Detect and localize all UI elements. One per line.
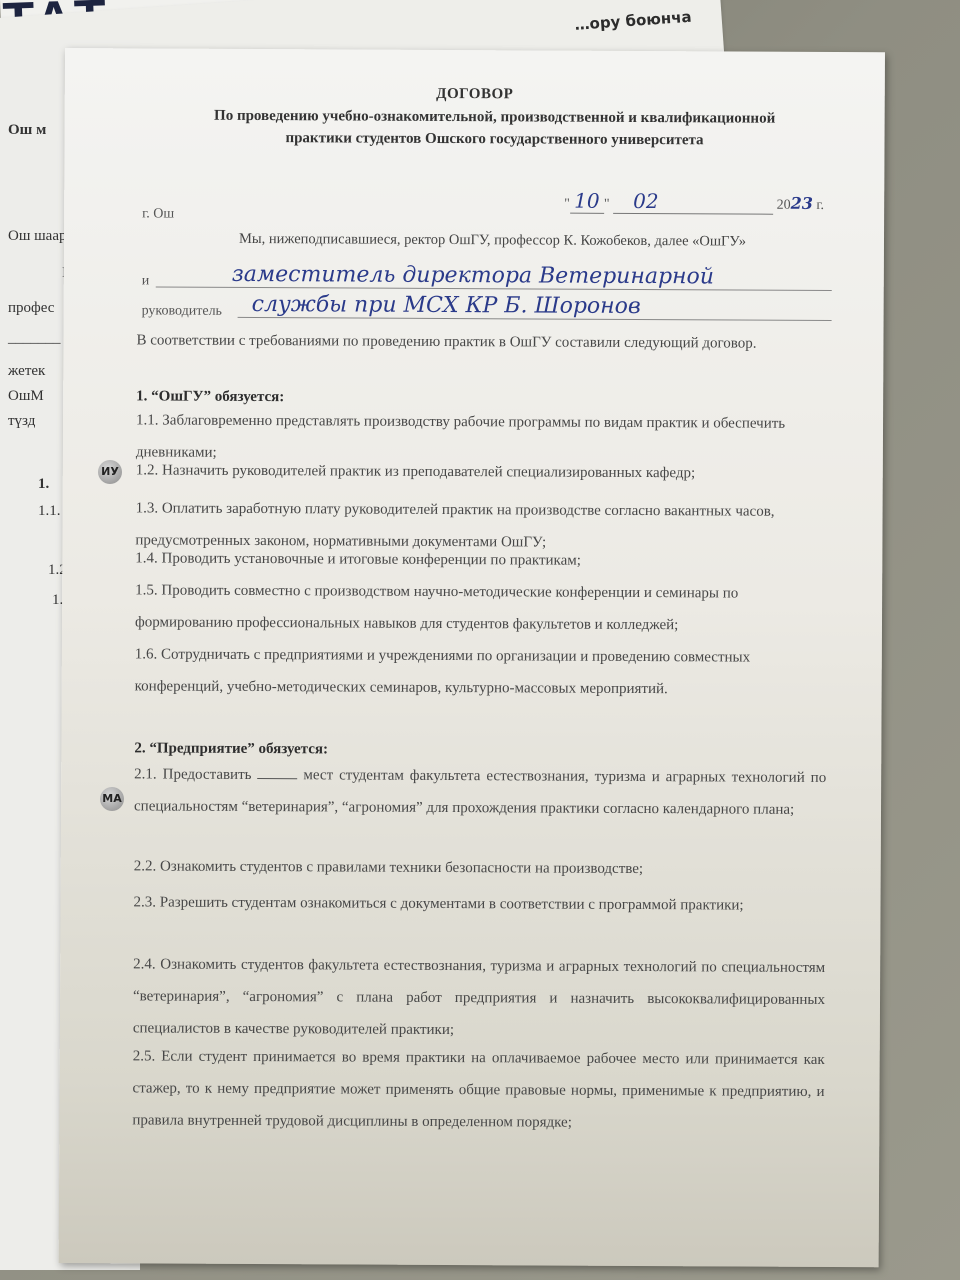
- item-1-3: 1.3. Оплатить заработную плату руководит…: [135, 492, 827, 560]
- document-subtitle: По проведению учебно-ознакомительной, пр…: [124, 104, 864, 152]
- item-2-4: 2.4. Ознакомить студентов факультета ест…: [133, 948, 825, 1048]
- item-1-4: 1.4. Проводить установочные и итоговые к…: [135, 550, 827, 570]
- left-fragment: Ош шаар: [8, 228, 67, 245]
- item-2-5: 2.5. Если студент принимается во время п…: [132, 1040, 824, 1140]
- intro-line: Мы, нижеподписавшиеся, ректор ОшГУ, проф…: [239, 231, 746, 251]
- stamp-fragment-icon: МА: [100, 787, 124, 811]
- agreement-line: В соответствии с требованиями по проведе…: [136, 332, 828, 352]
- document-title: ДОГОВОР: [65, 84, 885, 105]
- left-fragment: Ош м: [8, 122, 46, 139]
- head-handwritten: службы при МСХ КР Б. Шоронов: [252, 292, 641, 319]
- left-fragment: түзд: [8, 413, 35, 430]
- party-head-row: руководитель службы при МСХ КР Б. Шороно…: [142, 303, 832, 323]
- left-fragment: ОшМ: [8, 388, 44, 405]
- back-paper-snippet: …ору боюнча: [574, 8, 692, 34]
- date-day: 10: [574, 189, 600, 213]
- subtitle-line-1: По проведению учебно-ознакомительной, пр…: [125, 104, 865, 130]
- item-1-5: 1.5. Проводить совместно с производством…: [135, 574, 827, 642]
- item-1-2: 1.2. Назначить руководителей практик из …: [136, 462, 828, 482]
- item-2-1: 2.1. Предоставить мест студентам факульт…: [134, 758, 826, 826]
- and-label: и: [142, 273, 150, 288]
- subtitle-line-2: практики студентов Ошского государственн…: [124, 126, 864, 152]
- party-and-row: и заместитель директора Ветеринарной: [142, 273, 832, 293]
- contract-page: ДОГОВОР По проведению учебно-ознакомител…: [59, 48, 885, 1267]
- city: г. Ош: [142, 206, 174, 222]
- and-handwritten: заместитель директора Ветеринарной: [232, 262, 714, 290]
- item-1-6: 1.6. Сотрудничать с предприятиями и учре…: [135, 638, 827, 706]
- head-label: руководитель: [142, 303, 222, 318]
- item-2-3: 2.3. Разрешить студентам ознакомиться с …: [133, 886, 825, 922]
- item-1-1: 1.1. Заблаговременно представлять произв…: [136, 404, 828, 472]
- date-suffix: г.: [816, 198, 824, 213]
- left-fragment: 1.: [38, 476, 49, 493]
- left-fragment: _______: [8, 330, 61, 347]
- contract-date: "10" 02 2023 г.: [564, 189, 824, 215]
- left-fragment: профес: [8, 300, 54, 317]
- left-fragment: 1.1.: [38, 503, 61, 520]
- date-year-prefix: 20: [777, 198, 791, 213]
- date-year-suffix: 23: [791, 194, 813, 213]
- item-2-2: 2.2. Ознакомить студентов с правилами те…: [134, 858, 826, 878]
- stamp-fragment-icon: ИУ: [98, 460, 122, 484]
- date-month: 02: [633, 189, 659, 213]
- section-2-heading: 2. “Предприятие” обязуется:: [134, 740, 328, 758]
- section-1-heading: 1. “ОшГУ” обязуется:: [136, 388, 284, 406]
- left-fragment: жетек: [8, 363, 45, 380]
- places-count-blank: [257, 778, 297, 779]
